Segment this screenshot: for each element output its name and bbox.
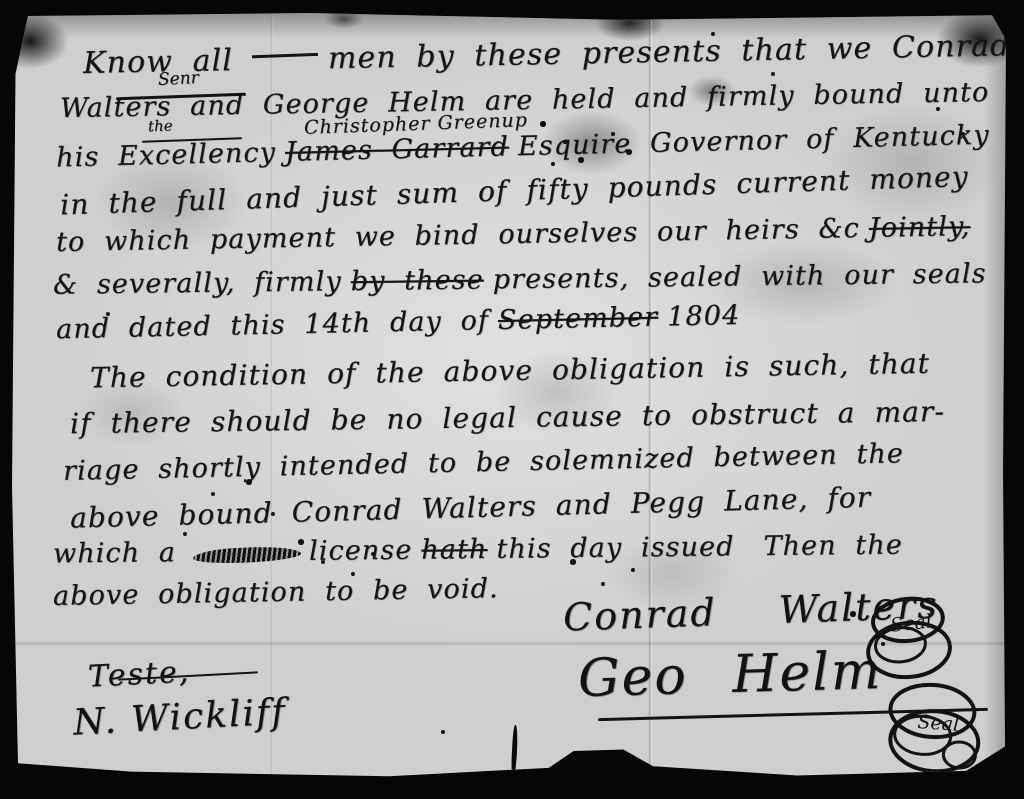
manuscript-text: and dated this 14th day of — [56, 305, 490, 345]
manuscript-line-9: if there should be no legal cause to obs… — [70, 395, 954, 440]
manuscript-text: to which payment we bind ourselves our h… — [56, 213, 860, 258]
manuscript-line-13: above obligation to be void. — [53, 573, 508, 612]
manuscript-line-11: above bound Conrad Walters and Pegg Lane… — [70, 480, 881, 534]
signature-witness: N. Wickliff — [72, 691, 287, 743]
manuscript-text: which a — [53, 537, 176, 569]
struck-text: by these — [351, 264, 484, 297]
scanned-document: Know allmen by these presents that we Co… — [0, 0, 1024, 799]
scribbled-out-word — [193, 545, 302, 565]
manuscript-text: men by these presents that we Conrad — [328, 28, 1011, 76]
manuscript-line-6: & severally, firmlyby thesepresents, sea… — [53, 258, 996, 301]
interlinear-insertion: Senr — [158, 68, 200, 90]
manuscript-line-2: Walters and George Helm are held and fir… — [60, 77, 999, 124]
manuscript-text: this day issued — [496, 531, 734, 564]
manuscript-text: the — [148, 117, 173, 136]
document-paper: Know allmen by these presents that we Co… — [12, 13, 1006, 777]
manuscript-text: if there should be no legal cause to obs… — [70, 395, 945, 440]
manuscript-text: Esquire Governor of Kentucky — [518, 120, 990, 163]
signature-text: N. Wickliff — [72, 691, 287, 743]
struck-text: September — [498, 302, 659, 336]
manuscript-line-10: riage shortly intended to be solemnized … — [63, 438, 913, 487]
manuscript-text: Senr — [158, 68, 200, 90]
manuscript-line-7: and dated this 14th day ofSeptember1804 — [56, 300, 750, 346]
manuscript-text: & severally, firmly — [53, 266, 342, 301]
manuscript-text: presents, sealed with our seals — [493, 258, 987, 295]
manuscript-line-8: The condition of the above obligation is… — [90, 347, 940, 395]
struck-text: hath — [421, 534, 487, 566]
seal-text: Seal — [917, 711, 960, 736]
manuscript-line-5: to which payment we bind ourselves our h… — [56, 211, 980, 258]
ink-specks — [12, 13, 14, 15]
manuscript-text: 1804 — [667, 300, 741, 333]
manuscript-text: The condition of the above obligation is… — [90, 347, 931, 395]
manuscript-text: above obligation to be void. — [53, 573, 499, 612]
manuscript-line-1: Know allmen by these presents that we Co… — [83, 28, 1020, 81]
manuscript-text: riage shortly intended to be solemnized … — [63, 438, 904, 487]
pen-stroke — [252, 52, 318, 57]
seal-text: Seal — [889, 610, 933, 636]
signature-text: Geo Helm — [577, 641, 883, 709]
manuscript-line-12: which alicensehaththis day issuedThen th… — [53, 530, 912, 570]
seal-scribble: Seal — [870, 677, 995, 785]
manuscript-text: above bound Conrad Walters and Pegg Lane… — [70, 481, 872, 535]
manuscript-text: Then the — [763, 530, 903, 562]
interlinear-insertion: the — [148, 117, 173, 136]
signature-surety: Geo Helm — [577, 641, 883, 709]
attestation-label: Teste, — [87, 654, 191, 694]
manuscript-text: license — [309, 535, 413, 567]
manuscript-text: Teste, — [87, 654, 191, 694]
struck-text: Jointly, — [869, 211, 971, 244]
manuscript-text: his Excellency — [56, 137, 277, 173]
fold-crease — [270, 13, 274, 777]
ink-drip — [511, 725, 519, 777]
